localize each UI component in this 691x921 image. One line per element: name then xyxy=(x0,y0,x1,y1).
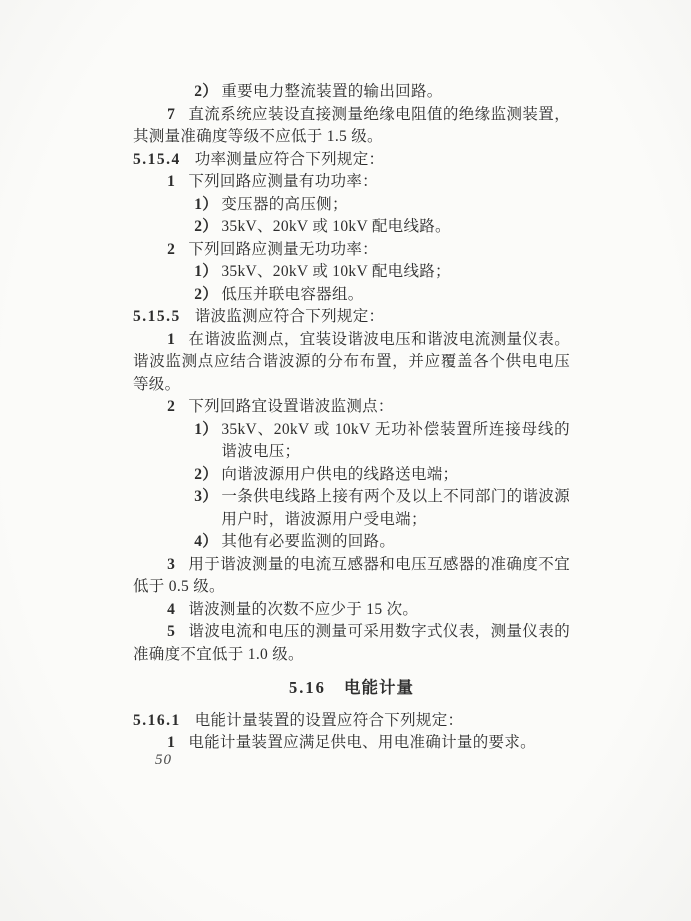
paragraph-text: 变压器的高压侧； xyxy=(221,196,347,213)
paragraph-number: 5.15.5 xyxy=(133,308,181,325)
paragraph-sub: 1）35kV、20kV 或 10kV 无功补偿装置所连接母线的谐波电压； xyxy=(133,419,570,464)
paragraph-text: 其他有必要监测的回路。 xyxy=(221,533,395,550)
paragraph-number: 1） xyxy=(194,419,221,442)
paragraph-item: 7直流系统应装设直接测量绝缘电阻值的绝缘监测装置，其测量准确度等级不应低于 1.… xyxy=(133,104,570,149)
paragraph-number: 3 xyxy=(167,556,175,573)
paragraph-text: 下列回路应测量无功功率： xyxy=(188,241,378,258)
paragraph-number: 1 xyxy=(167,173,175,190)
paragraph-heading: 5.16电能计量 xyxy=(133,677,570,700)
paragraph-text: 低压并联电容器组。 xyxy=(221,286,363,303)
paragraph-text: 谐波电流和电压的测量可采用数字式仪表，测量仪表的准确度不宜低于 1.0 级。 xyxy=(133,623,570,663)
paragraph-number: 1） xyxy=(194,261,221,284)
paragraph-number: 2 xyxy=(167,241,175,258)
paragraph-number: 7 xyxy=(167,106,175,123)
paragraph-number: 2） xyxy=(194,464,221,487)
paragraph-number: 5.16.1 xyxy=(133,712,181,729)
paragraph-item: 5谐波电流和电压的测量可采用数字式仪表，测量仪表的准确度不宜低于 1.0 级。 xyxy=(133,621,570,666)
paragraph-text: 谐波监测应符合下列规定： xyxy=(195,308,385,325)
paragraph-number: 1 xyxy=(167,734,175,751)
paragraph-number: 1 xyxy=(167,331,175,348)
paragraph-sub: 2）重要电力整流装置的输出回路。 xyxy=(133,81,570,104)
paragraph-number: 2） xyxy=(194,284,221,307)
paragraph-text: 35kV、20kV 或 10kV 无功补偿装置所连接母线的谐波电压； xyxy=(221,421,570,461)
paragraph-text: 向谐波源用户供电的线路送电端； xyxy=(221,466,458,483)
paragraph-number: 2） xyxy=(194,216,221,239)
paragraph-number: 3） xyxy=(194,486,221,509)
paragraph-text: 谐波测量的次数不应少于 15 次。 xyxy=(188,601,418,618)
paragraph-text: 电能计量 xyxy=(344,678,414,697)
paragraph-item: 2下列回路宜设置谐波监测点： xyxy=(133,396,570,419)
paragraph-item: 1电能计量装置应满足供电、用电准确计量的要求。 xyxy=(133,732,570,755)
paragraph-text: 电能计量装置的设置应符合下列规定： xyxy=(195,712,464,729)
paragraph-item: 4谐波测量的次数不应少于 15 次。 xyxy=(133,599,570,622)
paragraph-sub: 2）向谐波源用户供电的线路送电端； xyxy=(133,464,570,487)
paragraph-text: 35kV、20kV 或 10kV 配电线路； xyxy=(221,263,451,280)
paragraph-text: 一条供电线路上接有两个及以上不同部门的谐波源用户时，谐波源用户受电端； xyxy=(221,488,570,528)
paragraph-text: 在谐波监测点，宜装设谐波电压和谐波电流测量仪表。谐波监测点应结合谐波源的分布布置… xyxy=(133,331,570,393)
paragraph-number: 4 xyxy=(167,601,175,618)
paragraph-text: 电能计量装置应满足供电、用电准确计量的要求。 xyxy=(188,734,536,751)
paragraph-text: 功率测量应符合下列规定： xyxy=(195,151,385,168)
page-number: 50 xyxy=(155,752,172,769)
paragraph-sub: 2）35kV、20kV 或 10kV 配电线路。 xyxy=(133,216,570,239)
paragraph-sub: 4）其他有必要监测的回路。 xyxy=(133,531,570,554)
paragraph-sub: 1）35kV、20kV 或 10kV 配电线路； xyxy=(133,261,570,284)
paragraph-number: 2 xyxy=(167,398,175,415)
paragraph-number: 2） xyxy=(194,81,221,104)
paragraph-sub: 1）变压器的高压侧； xyxy=(133,194,570,217)
paragraph-number: 1） xyxy=(194,194,221,217)
paragraph-number: 5.15.4 xyxy=(133,151,181,168)
paragraph-item: 1在谐波监测点，宜装设谐波电压和谐波电流测量仪表。谐波监测点应结合谐波源的分布布… xyxy=(133,329,570,397)
document-body: 2）重要电力整流装置的输出回路。7直流系统应装设直接测量绝缘电阻值的绝缘监测装置… xyxy=(133,81,570,755)
paragraph-number: 5 xyxy=(167,623,175,640)
paragraph-number: 5.16 xyxy=(289,678,326,697)
paragraph-text: 下列回路宜设置谐波监测点： xyxy=(188,398,393,415)
paragraph-text: 下列回路应测量有功功率： xyxy=(188,173,378,190)
paragraph-number: 4） xyxy=(194,531,221,554)
paragraph-text: 重要电力整流装置的输出回路。 xyxy=(221,83,442,100)
paragraph-sub: 3）一条供电线路上接有两个及以上不同部门的谐波源用户时，谐波源用户受电端； xyxy=(133,486,570,531)
paragraph-sub: 2）低压并联电容器组。 xyxy=(133,284,570,307)
paragraph-clause: 5.16.1电能计量装置的设置应符合下列规定： xyxy=(133,710,570,733)
paragraph-item: 3用于谐波测量的电流互感器和电压互感器的准确度不宜低于 0.5 级。 xyxy=(133,554,570,599)
document-page: 2）重要电力整流装置的输出回路。7直流系统应装设直接测量绝缘电阻值的绝缘监测装置… xyxy=(0,0,691,921)
paragraph-item: 2下列回路应测量无功功率： xyxy=(133,239,570,262)
paragraph-clause: 5.15.4功率测量应符合下列规定： xyxy=(133,149,570,172)
paragraph-text: 35kV、20kV 或 10kV 配电线路。 xyxy=(221,218,451,235)
paragraph-text: 直流系统应装设直接测量绝缘电阻值的绝缘监测装置，其测量准确度等级不应低于 1.5… xyxy=(133,106,570,146)
paragraph-clause: 5.15.5谐波监测应符合下列规定： xyxy=(133,306,570,329)
paragraph-item: 1下列回路应测量有功功率： xyxy=(133,171,570,194)
paragraph-text: 用于谐波测量的电流互感器和电压互感器的准确度不宜低于 0.5 级。 xyxy=(133,556,570,596)
